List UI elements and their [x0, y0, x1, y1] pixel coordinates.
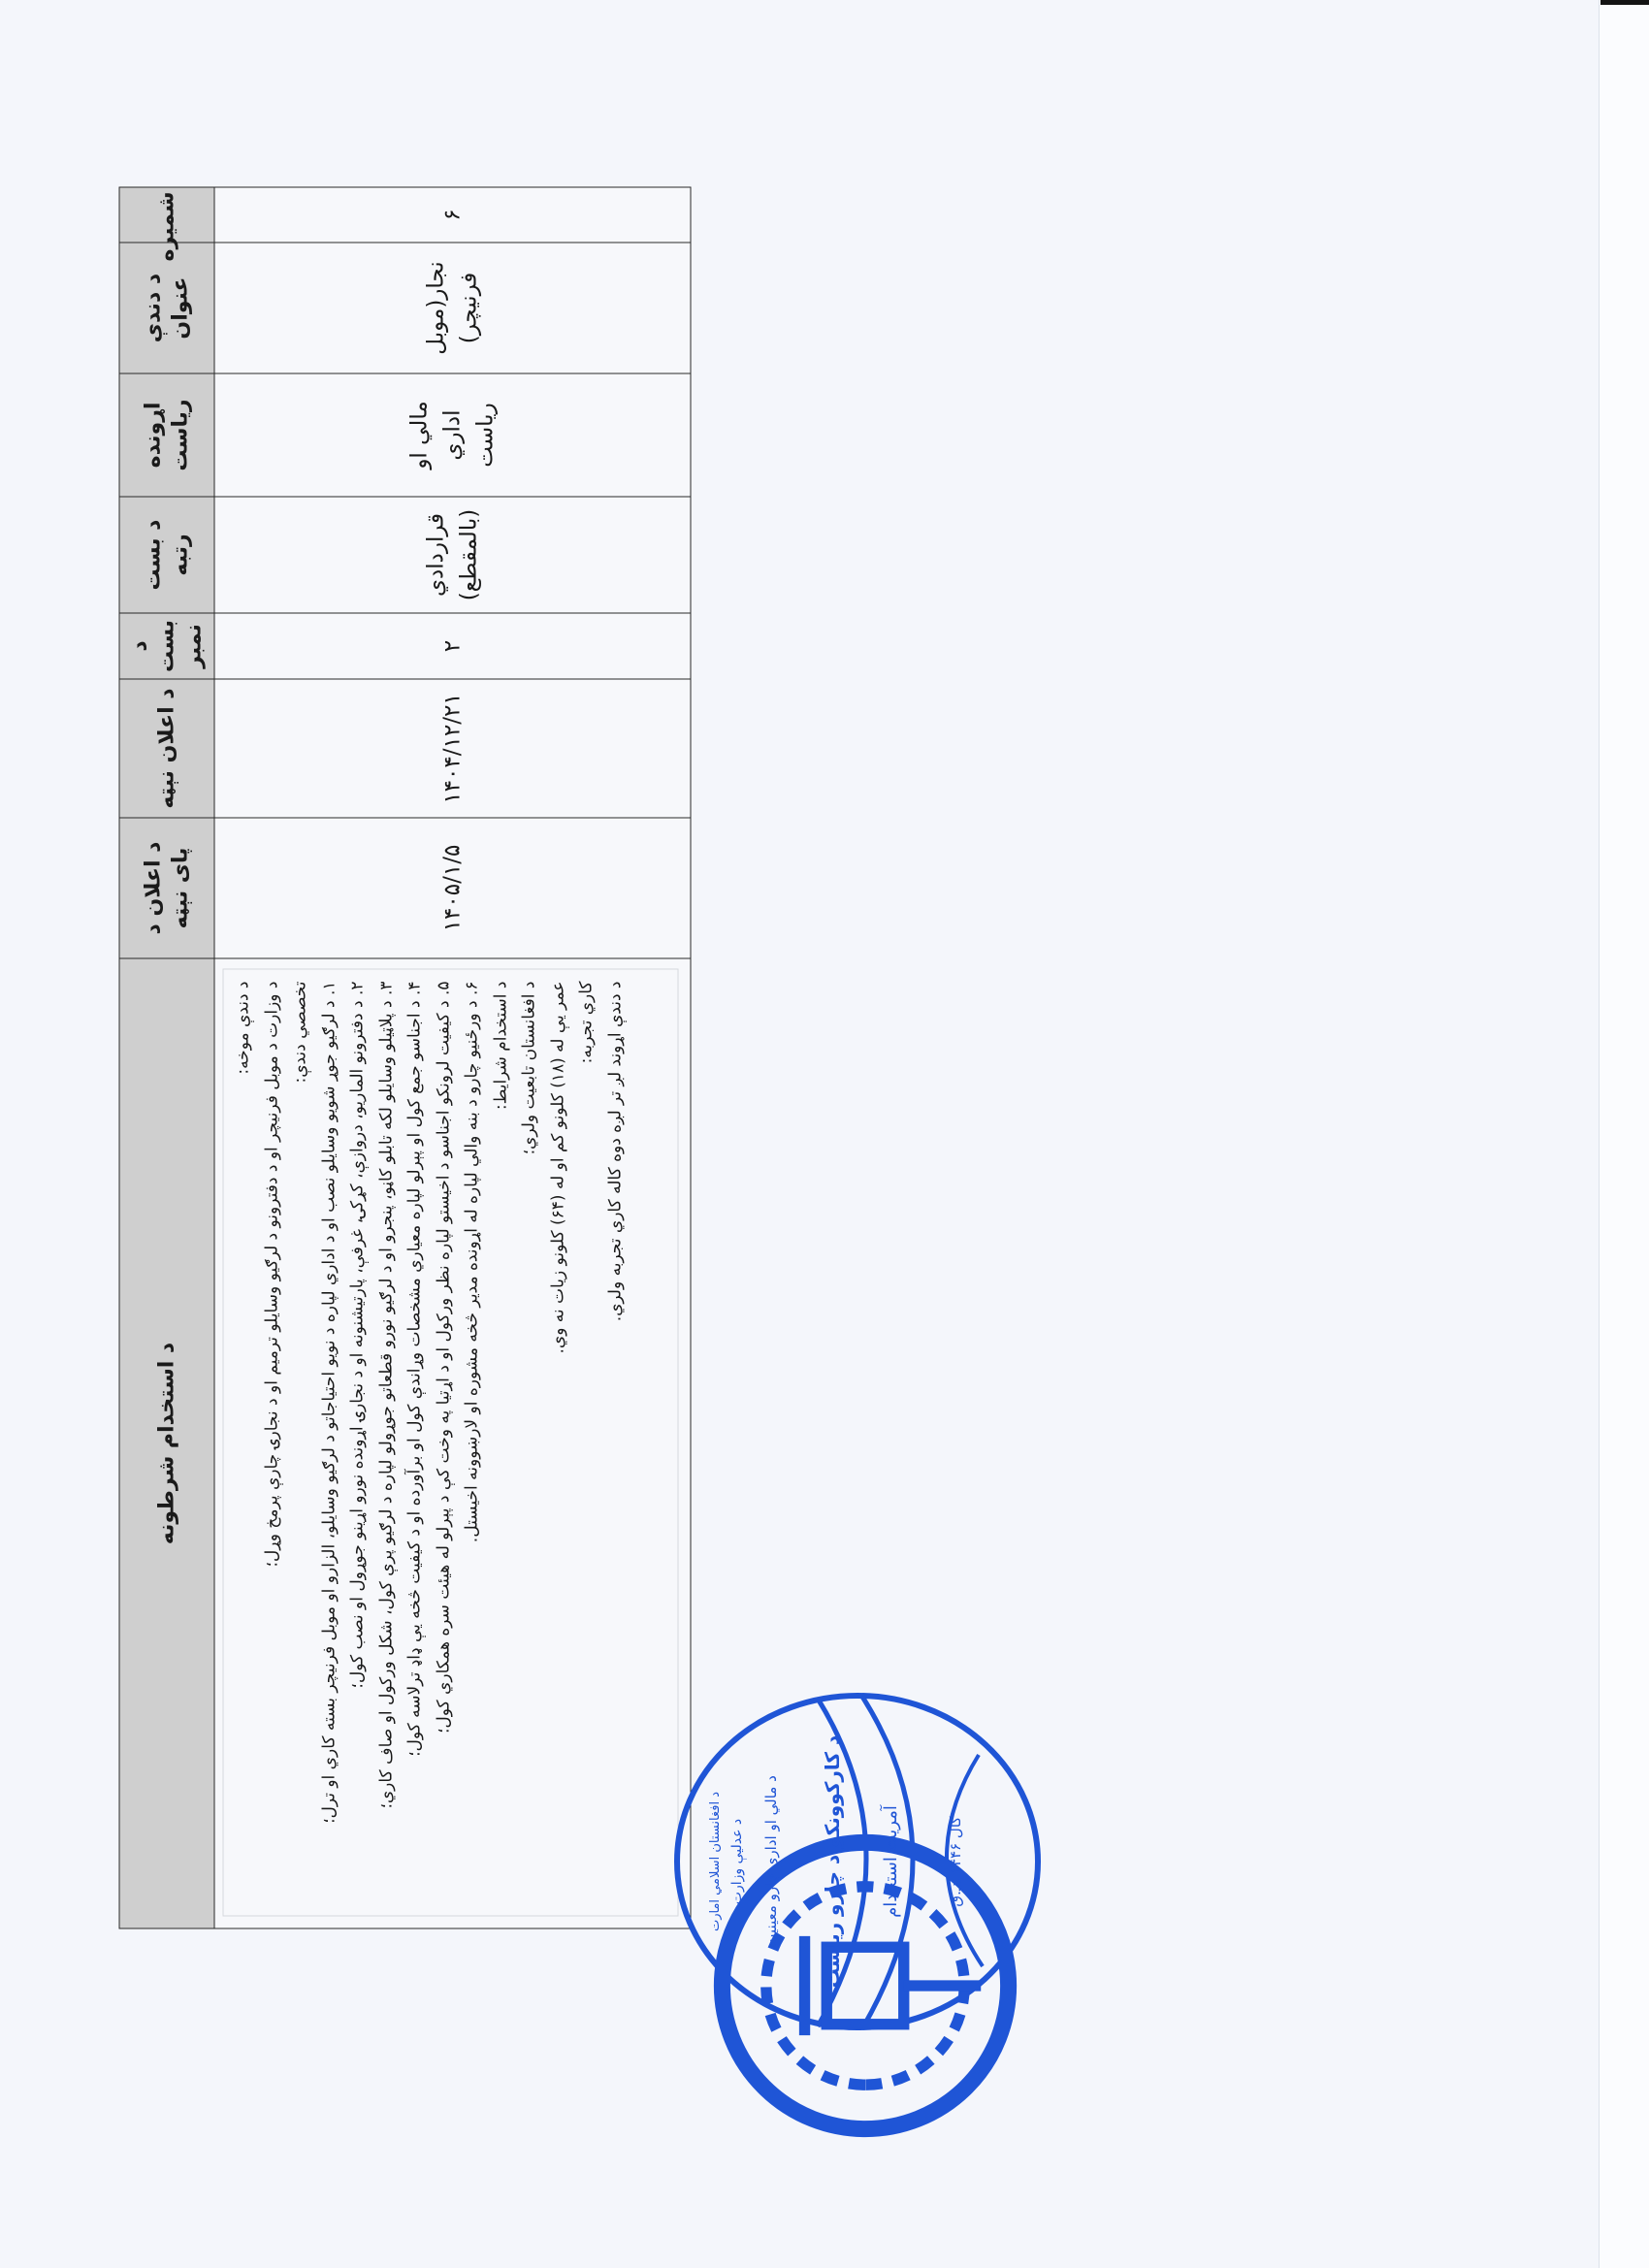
header-post-number: د بست نمبر [119, 613, 214, 679]
table-header-row: شمیره د دندې عنوان اړونده ریاست د بست رت… [119, 187, 214, 1928]
stamp-line-year: کال ۱۴۴۶ هـ.ق [947, 1676, 964, 2047]
scanner-edge-strip [1600, 0, 1649, 5]
requirement-line: ۵. د کیفیت لرونکو اجناسو د اخیستو لپاره … [430, 981, 459, 1903]
job-announcement-table-rotated: شمیره د دندې عنوان اړونده ریاست د بست رت… [118, 187, 691, 1928]
requirement-line: د وزارت د موبل فرنیچر او د دفترونو د لرګ… [258, 981, 287, 1903]
header-grade: د بست رتبه [119, 497, 214, 613]
header-number: شمیره [119, 187, 214, 243]
stamp-line-department: آمریت استخدام [881, 1676, 901, 2047]
cell-job-title: نجار(موبل فرنیچر) [214, 243, 691, 373]
cell-announce-date: ۱۴۰۴/۱۲/۲۱ [214, 679, 691, 818]
requirement-line: د افغانستان تابعیت ولري؛ [515, 981, 544, 1903]
scanner-margin [1599, 0, 1649, 2268]
header-department: اړونده ریاست [119, 373, 214, 497]
stamp-line-directorate: د کارکوونکو د چارو ریاست [821, 1676, 844, 2047]
requirement-line: ۱. د لرګیو جوړ شویو وسایلو نصب او د ادار… [315, 981, 344, 1903]
header-close-date: د اعلان د پای نېټه [119, 818, 214, 958]
header-announce-date: د اعلان نېټه [119, 679, 214, 818]
requirement-line: ۶. د ورځنیو چارو د بنه والي لپاره له اړو… [458, 981, 487, 1903]
requirement-line: کاري تجربه: [572, 981, 601, 1903]
requirement-line: ۳. د پلاټیلو وسایلو لکه تابلو کاڼو، پنجر… [372, 981, 402, 1903]
stamp-line-emirate: د افغانستان اسلامي امارت [708, 1676, 723, 2047]
requirements-box: د دندې موخه: د وزارت د موبل فرنیچر او د … [222, 968, 678, 1916]
header-requirements: د استخدام شرطونه [119, 958, 214, 1928]
stamp-line-ministry: د عدلیې وزارت [729, 1676, 745, 2047]
cell-grade: قراردادي (بالمقطع) [214, 497, 691, 613]
cell-department: مالي او اداري ریاست [214, 373, 691, 497]
requirement-line: تخصصي دندې: [286, 981, 315, 1903]
requirement-line: د دندې موخه: [229, 981, 258, 1903]
cell-number: ۶ [214, 187, 691, 243]
stamp-text: د افغانستان اسلامي امارت د عدلیې وزارت د… [687, 1676, 1028, 2047]
header-job-title: د دندې عنوان [119, 243, 214, 373]
official-stamp: د افغانستان اسلامي امارت د عدلیې وزارت د… [672, 1691, 1043, 2032]
requirement-line: د استخدام شرایط: [487, 981, 516, 1903]
cell-close-date: ۱۴۰۵/۱/۵ [214, 818, 691, 958]
cell-post-number: ۲ [214, 613, 691, 679]
job-announcement-table: شمیره د دندې عنوان اړونده ریاست د بست رت… [118, 186, 691, 1928]
requirement-line: عمر یې له (۱۸) کلونو کم او له (۶۴) کلونو… [544, 981, 573, 1903]
stamp-line-deputy: د مالي او اداري چارو معینیت [762, 1676, 780, 2047]
requirement-line: د دندې اړوند لږ تر لږه دوه کاله کاري تجر… [601, 981, 630, 1903]
cell-requirements: د دندې موخه: د وزارت د موبل فرنیچر او د … [214, 958, 691, 1928]
requirement-line: ۲. د دفترونو الماریو، دروازې، کړکۍ، غرفې… [343, 981, 372, 1903]
requirement-line: ۴. د اجناسو جمع کول او پېرلو لپاره معیار… [401, 981, 430, 1903]
table-row: ۶ نجار(موبل فرنیچر) مالي او اداري ریاست … [214, 187, 691, 1928]
